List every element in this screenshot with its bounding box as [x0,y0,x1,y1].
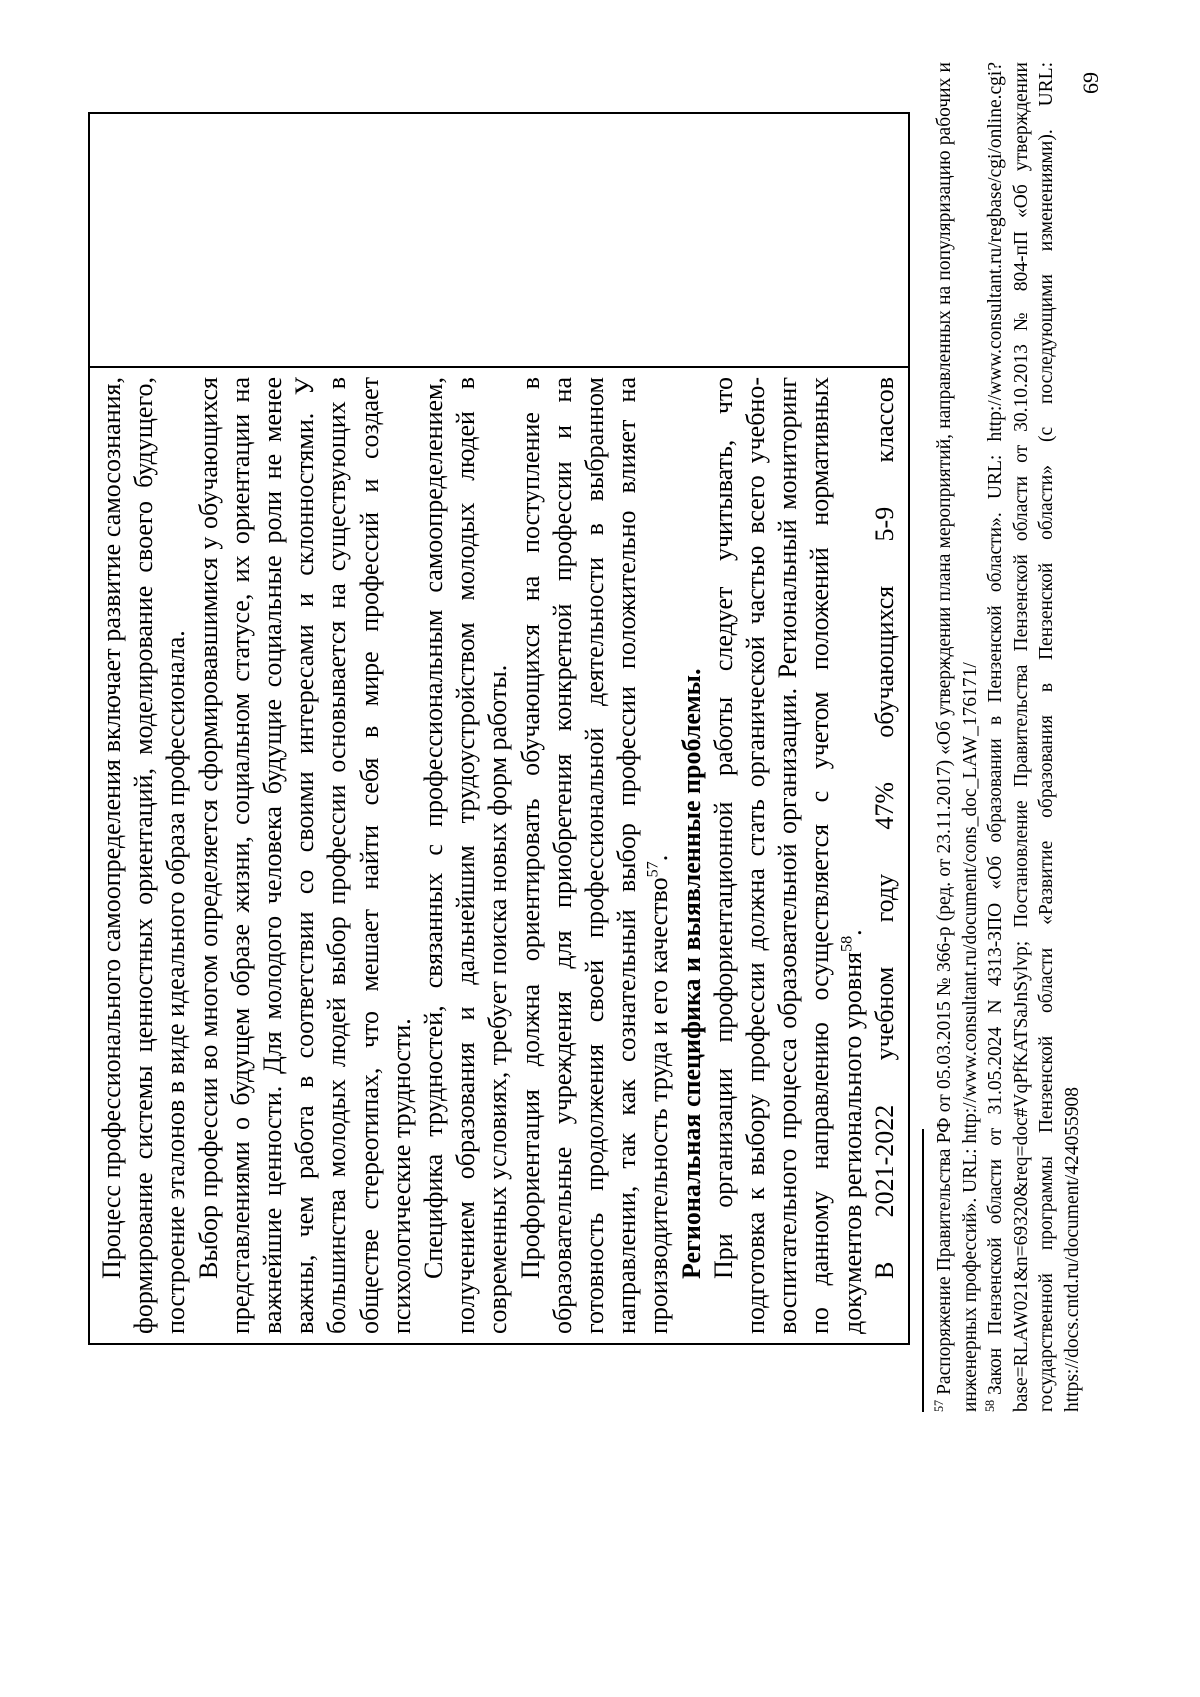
paragraph-text: При организации профориентационной работ… [709,377,867,1334]
paragraph-period: . [644,855,673,862]
paragraph-school-year: В 2021-2022 учебном году 47% обучающихся… [869,377,901,1334]
footnote-separator [922,1129,924,1412]
table-cell-text: Процесс профессионального самоопределени… [90,366,908,1343]
table-cell-empty [90,114,908,366]
footnote-58-marker: 58 [983,1400,997,1412]
paragraph-period: . [838,929,867,936]
paragraph-proforientation: Профориентация должна ориентировать обуч… [515,377,676,1334]
footnote-58-text: Закон Пензенской области от 31.05.2024 N… [985,62,1083,1412]
paragraph-regional-monitoring: При организации профориентационной работ… [708,377,869,1334]
document-page: Процесс профессионального самоопределени… [0,0,1200,1697]
section-heading: Региональная специфика и выявленные проб… [676,377,708,1334]
footnote-58: 58Закон Пензенской области от 31.05.2024… [983,62,1085,1412]
footnote-57-text: Распоряжение Правительства РФ от 05.03.2… [934,62,981,1412]
paragraph-specifics: Специфика трудностей, связанных с профес… [418,377,515,1334]
paragraph-choice: Выбор профессии во многом определяется с… [193,377,418,1334]
page-number: 69 [1078,72,1104,94]
footnote-ref-57: 57 [645,861,662,877]
footnote-ref-58: 58 [838,936,855,952]
paragraph-process: Процесс профессионального самоопределени… [96,377,193,1334]
footnote-57-marker: 57 [932,1400,946,1412]
footnotes: 57Распоряжение Правительства РФ от 05.03… [932,62,1085,1412]
content-table: Процесс профессионального самоопределени… [88,112,910,1345]
footnote-57: 57Распоряжение Правительства РФ от 05.03… [932,62,983,1412]
